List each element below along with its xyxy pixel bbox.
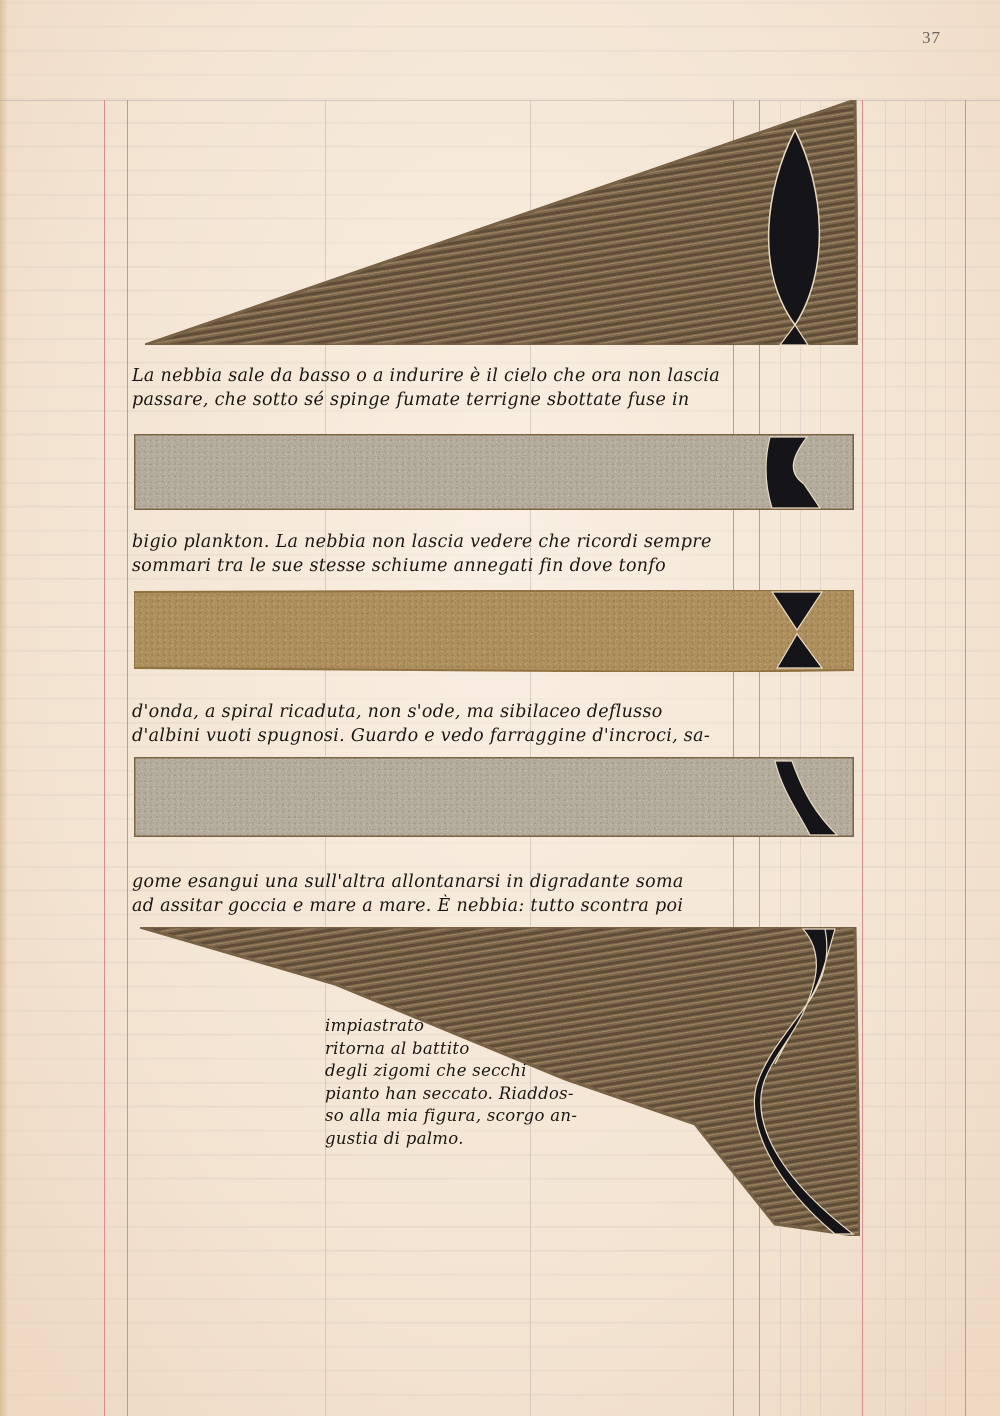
page-number: 37 xyxy=(922,28,941,48)
handwritten-line: d'onda, a spiral ricaduta, non s'ode, ma… xyxy=(132,700,710,724)
handwritten-line: ritorna al battito xyxy=(325,1038,577,1061)
margin-line-left-inner xyxy=(127,100,128,1416)
handwritten-line: bigio plankton. La nebbia non lascia ved… xyxy=(132,530,712,554)
notebook-page: 37 xyxy=(0,0,1000,1416)
text-block-4: gome esangui una sull'altra allontanarsi… xyxy=(132,870,684,918)
handwritten-line: pianto han seccato. Riaddos- xyxy=(325,1083,577,1106)
text-block-2: bigio plankton. La nebbia non lascia ved… xyxy=(132,530,712,578)
cents-rule xyxy=(905,100,906,1416)
handwritten-line: ad assitar goccia e mare a mare. È nebbi… xyxy=(132,894,684,918)
handwritten-line: sommari tra le sue stesse schiume annega… xyxy=(132,554,712,578)
handwritten-line: degli zigomi che secchi xyxy=(325,1060,577,1083)
text-block-3: d'onda, a spiral ricaduta, non s'ode, ma… xyxy=(132,700,710,748)
collage-strip-silver-2 xyxy=(132,755,857,841)
handwritten-line: La nebbia sale da basso o a indurire è i… xyxy=(132,364,720,388)
text-block-5: impiastrato ritorna al battito degli zig… xyxy=(325,1015,577,1150)
amount-column-line xyxy=(965,100,966,1416)
handwritten-line: so alla mia figura, scorgo an- xyxy=(325,1105,577,1128)
cents-rule xyxy=(885,100,886,1416)
collage-strip-silver-1 xyxy=(132,432,857,514)
handwritten-line: gome esangui una sull'altra allontanarsi… xyxy=(132,870,684,894)
margin-line-left-outer xyxy=(104,100,105,1416)
handwritten-line: d'albini vuoti spugnosi. Guardo e vedo f… xyxy=(132,724,710,748)
handwritten-line: gustia di palmo. xyxy=(325,1128,577,1151)
binding-shadow xyxy=(0,0,8,1416)
handwritten-line: passare, che sotto sé spinge fumate terr… xyxy=(132,388,720,412)
collage-top-triangle xyxy=(140,100,860,370)
text-block-1: La nebbia sale da basso o a indurire è i… xyxy=(132,364,720,412)
cents-rule xyxy=(945,100,946,1416)
handwritten-line: impiastrato xyxy=(325,1015,577,1038)
cents-rule xyxy=(925,100,926,1416)
collage-strip-gold xyxy=(132,588,857,676)
